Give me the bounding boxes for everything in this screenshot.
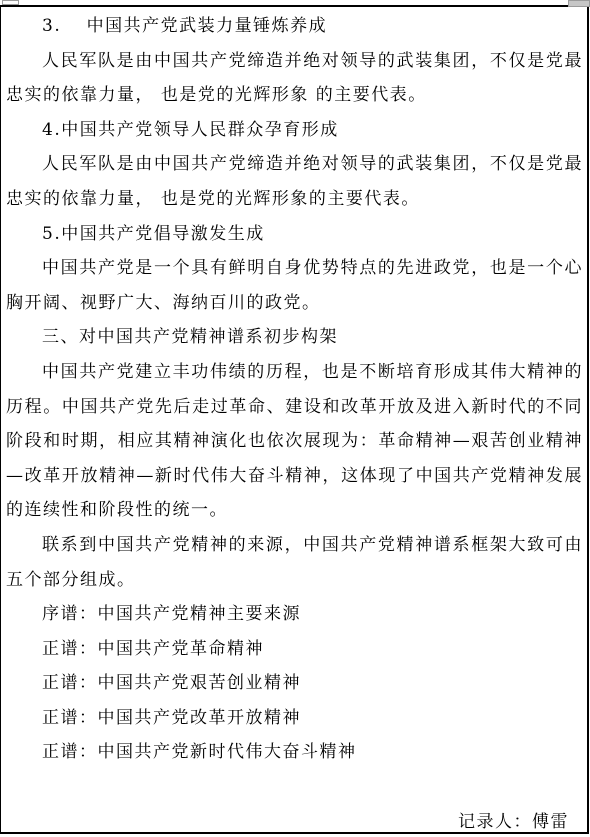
para-armed-forces: 人民军队是由中国共产党缔造并绝对领导的武装集团，不仅是党最忠实的依靠力量， 也是… bbox=[6, 44, 583, 113]
list-item-zhengpu-3: 正谱：中国共产党改革开放精神 bbox=[6, 701, 583, 736]
document-cell: 3. 中国共产党武装力量锤炼养成人民军队是由中国共产党缔造并绝对领导的武装集团，… bbox=[0, 5, 589, 834]
para-people-army: 人民军队是由中国共产党缔造并绝对领导的武装集团，不仅是党最忠实的依靠力量， 也是… bbox=[6, 147, 583, 216]
list-item-zhengpu-1: 正谱：中国共产党革命精神 bbox=[6, 632, 583, 667]
para-spirit-evolution: 中国共产党建立丰功伟绩的历程，也是不断培育形成其伟大精神的历程。中国共产党先后走… bbox=[6, 355, 583, 528]
document-body: 3. 中国共产党武装力量锤炼养成人民军队是由中国共产党缔造并绝对领导的武装集团，… bbox=[6, 9, 583, 834]
heading-section-three: 三、对中国共产党精神谱系初步构架 bbox=[6, 320, 583, 355]
para-advanced-party: 中国共产党是一个具有鲜明自身优势特点的先进政党，也是一个心胸开阔、视野广大、海纳… bbox=[6, 251, 583, 320]
signature-recorder: 记录人：傅雷 bbox=[6, 805, 583, 834]
list-item-zhengpu-2: 正谱：中国共产党艰苦创业精神 bbox=[6, 666, 583, 701]
heading-item-4: 4.中国共产党领导人民群众孕育形成 bbox=[6, 113, 583, 148]
heading-item-5: 5.中国共产党倡导激发生成 bbox=[6, 217, 583, 252]
document-page: 3. 中国共产党武装力量锤炼养成人民军队是由中国共产党缔造并绝对领导的武装集团，… bbox=[0, 0, 590, 837]
list-item-xupu: 序谱：中国共产党精神主要来源 bbox=[6, 597, 583, 632]
table-handle-right-icon bbox=[568, 0, 590, 7]
table-handle-left-icon bbox=[2, 0, 19, 5]
heading-item-3: 3. 中国共产党武装力量锤炼养成 bbox=[6, 9, 583, 44]
para-five-parts: 联系到中国共产党精神的来源，中国共产党精神谱系框架大致可由五个部分组成。 bbox=[6, 528, 583, 597]
blank-line bbox=[6, 770, 583, 805]
list-item-zhengpu-4: 正谱：中国共产党新时代伟大奋斗精神 bbox=[6, 735, 583, 770]
